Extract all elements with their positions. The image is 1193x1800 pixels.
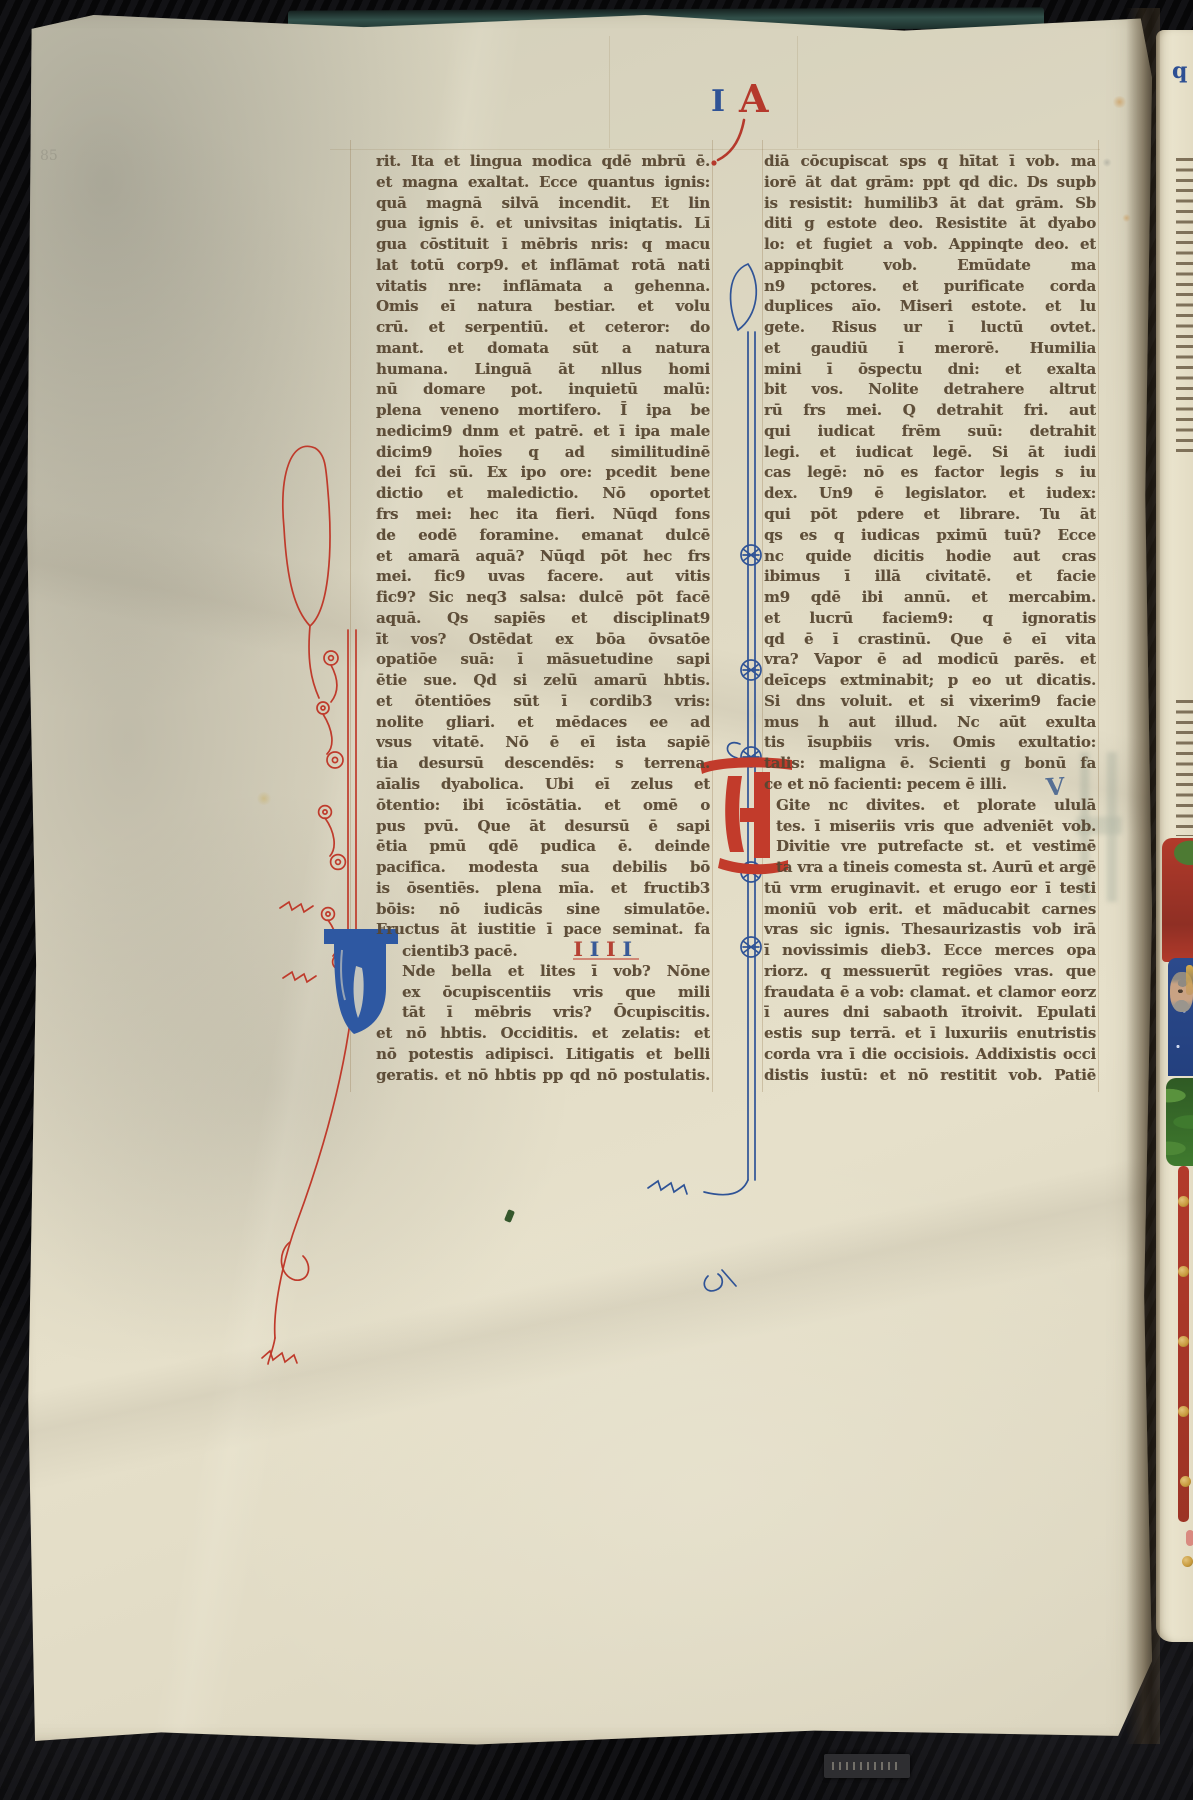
right-column-line: m9 qdē ibi annū. et mercabim. [764, 587, 1096, 608]
facing-page-text-sliver [1176, 158, 1193, 454]
manuscript-photo: { "manuscript": { "running_header": { "l… [0, 0, 1193, 1800]
parchment-stain [1112, 96, 1127, 108]
left-column-line: nedicim9 dnm et patrē. et ī ipa male [376, 421, 710, 442]
left-column-line: mei. fic9 uvas facere. aut vitis [376, 566, 710, 587]
left-column-line: Nde bella et lites ī vob? Nōne [376, 961, 710, 982]
right-column-line: diti g estote deo. Resistite āt dyabo [764, 213, 1096, 234]
left-column-line: is ōsentiēs. plena mīa. et fructib3 [376, 878, 710, 899]
right-column-line: ce et nō facienti: pecem ē illi. [764, 774, 1096, 795]
right-column-line: legi. et iudicat legē. Si āt iudi [764, 442, 1096, 463]
right-column-line: is resistit: humilib3 āt dat grām. Sb [764, 193, 1096, 214]
left-column-line: et nō hbtis. Occiditis. et zelatis: et [376, 1023, 710, 1044]
right-column-line: cas legē: nō es factor legis s iu [764, 462, 1096, 483]
left-column-line: lat totū corp9. et inflāmat rotā nati [376, 255, 710, 276]
gold-ball-ornament [1178, 1336, 1189, 1347]
left-column-line: tia desursū descendēs: s terrena. [376, 753, 710, 774]
right-column-line: lo: et fugiet a vob. Appinqte deo. et [764, 234, 1096, 255]
left-column-line: cientib3 pacē.IIII [376, 940, 710, 961]
right-column-line: qui iudicat frēm suū: detrahit [764, 421, 1096, 442]
left-column-line: humana. Linguā āt nllus homi [376, 359, 710, 380]
right-column-line: gete. Risus ur ī luctū ovtet. [764, 317, 1096, 338]
gold-ball-ornament [1182, 1556, 1193, 1567]
right-column-line: duplices aīo. Miseri estote. et lu [764, 296, 1096, 317]
right-column-line: mus h aut illud. Nc aūt exulta [764, 712, 1096, 733]
left-column-line: opatiōe suā: ī māsuetudine sapi [376, 649, 710, 670]
right-column-line: vras sic ignis. Thesaurizastis vob irā [764, 919, 1096, 940]
right-column-line: Gite nc divites. et plorate ululā [764, 795, 1096, 816]
right-column-line: n9 pctores. et purificate corda [764, 276, 1096, 297]
left-column-line: aquā. Qs sapiēs et disciplinat9 [376, 608, 710, 629]
left-column-line: fic9? Sic neq3 salsa: dulcē pōt facē [376, 587, 710, 608]
facing-page-letter-q: q [1172, 58, 1187, 84]
gutter-shadow [1126, 8, 1160, 1744]
left-column-line: dicim9 hoīes q ad similitudinē [376, 442, 710, 463]
facing-page-text-sliver [1176, 700, 1193, 836]
right-column-line: vra? Vapor ē ad modicū parēs. et [764, 649, 1096, 670]
right-column-line: diā cōcupiscat sps q hītat ī vob. ma [764, 151, 1096, 172]
left-column-line: dictio et maledictio. Nō oportet [376, 483, 710, 504]
right-column-line: tis īsupbiis vris. Omis exultatio: [764, 732, 1096, 753]
right-column-line: bit vos. Nolite detrahere altrut [764, 379, 1096, 400]
facing-page-palm-leaves [1166, 1078, 1193, 1166]
right-column-line: fraudata ē a vob: clamat. et clamor eorz [764, 982, 1096, 1003]
right-column-line: tes. ī miseriis vris que adveniēt vob. [764, 816, 1096, 837]
gold-ball-ornament [1178, 1406, 1189, 1417]
left-column-line: bōis: nō iudicās sine simulatōe. [376, 899, 710, 920]
left-column-line: ētia pmū qdē pudica ē. deinde [376, 836, 710, 857]
left-column-line: plena veneno mortifero. Ī ipa be [376, 400, 710, 421]
right-column-line: ī novissimis dieb3. Ecce merces opa [764, 940, 1096, 961]
left-column-line: Fructus āt iustitie ī pace seminat. fa [376, 919, 710, 940]
left-column-line: mant. et domata sūt a natura [376, 338, 710, 359]
left-column-line: tāt ī mēbris vris? Ōcupiscitis. [376, 1002, 710, 1023]
right-column-line: mini ī ōspectu dni: et exalta [764, 359, 1096, 380]
left-column-line: rit. Ita et lingua modica qdē mbrū ē. [376, 151, 710, 172]
parchment-stain [1102, 158, 1112, 167]
gold-ball-ornament [1180, 1476, 1191, 1487]
left-column-line: quā magnā silvā incendit. Et lin [376, 193, 710, 214]
chapter-iiii-numeral: IIII [573, 940, 638, 960]
right-column-line: qui pōt pdere et librare. Tu āt [764, 504, 1096, 525]
left-column-line: aīalis dyabolica. Ubi eī zelus et [376, 774, 710, 795]
left-column-line: gua cōstituit ī mēbris nris: q macu [376, 234, 710, 255]
header-a-tail-flourish [704, 94, 752, 172]
pink-ornament [1186, 1530, 1193, 1546]
left-column-line: nū domare pot. inquietū malū: [376, 379, 710, 400]
right-column-line: riorz. q messuerūt regiōes vras. que [764, 961, 1096, 982]
facing-page-gold-ornament [1186, 965, 1193, 995]
edge-label [824, 1754, 910, 1778]
right-column-line: deīceps extminabit; p eo ut dicatis. [764, 670, 1096, 691]
gold-ball-ornament [1178, 1196, 1189, 1207]
facing-page-illumination-arch [1162, 838, 1193, 962]
right-column-line: Si dns voluit. et si vixerim9 facie [764, 691, 1096, 712]
right-column-line: et lucrū faciem9: q ignoratis [764, 608, 1096, 629]
left-column-line: īt vos? Ostēdat ex bōa ōvsatōe [376, 629, 710, 650]
right-column-line: iorē āt dat grām: ppt qd dic. Ds supb [764, 172, 1096, 193]
left-column-line: dei fcī sū. Ex ipo ore: pcedit bene [376, 462, 710, 483]
left-column-line: nō potestis adipisci. Litigatis et belli [376, 1044, 710, 1065]
right-column-line: tū vrm eruginavit. et erugo eor ī testi [764, 878, 1096, 899]
text-column-left: rit. Ita et lingua modica qdē mbrū ē.et … [376, 151, 710, 1085]
right-column-line: moniū vob erit. et māducabit carnes [764, 899, 1096, 920]
left-column-line: et magna exaltat. Ecce quantus ignis: [376, 172, 710, 193]
left-column-line: gua ignis ē. et univsitas iniqtatis. Lī [376, 213, 710, 234]
right-column-line: qs es q iudicas pximū tuū? Ecce [764, 525, 1096, 546]
left-column-line: crū. et serpentiū. et ceteror: do [376, 317, 710, 338]
right-column-line: Divitie vre putrefacte st. et vestimē [764, 836, 1096, 857]
right-column-line: et gaudiū ī merorē. Humilia [764, 338, 1096, 359]
left-column-line: pacifica. modesta sua debilis bō [376, 857, 710, 878]
right-column-line: qd ē ī crastinū. Que ē eī vita [764, 629, 1096, 650]
left-column-line: pus pvū. Que āt desursū ē sapi [376, 816, 710, 837]
left-column-line: ex ōcupiscentiis vris que mili [376, 982, 710, 1003]
right-column-line: dex. Un9 ē legislator. et iudex: [764, 483, 1096, 504]
right-column-line: rū frs mei. Q detrahit fri. aut [764, 400, 1096, 421]
right-column-line: corda vra ī die occisiois. Addixistis oc… [764, 1044, 1096, 1065]
right-column-line: estis sup terrā. et ī luxuriis enutristi… [764, 1023, 1096, 1044]
left-column-line: ētie sue. Qd si zelū amarū hbtis. [376, 670, 710, 691]
right-column-line: nc quide dicitis hodie aut cras [764, 546, 1096, 567]
header-ruling-line-1 [609, 36, 610, 148]
left-column-line: ōtentio: ibi īcōstātia. et omē o [376, 795, 710, 816]
left-column-line: frs mei: hec ita fieri. Nūqd fons [376, 504, 710, 525]
left-column-line: nolite gliari. et mēdaces ee ad [376, 712, 710, 733]
left-column-line: vitatis nre: inflāmata a gehenna. [376, 276, 710, 297]
parchment-stain [1122, 214, 1131, 222]
left-column-line: et amarā aquā? Nūqd pōt hec frs [376, 546, 710, 567]
left-column-line: Omis eī natura bestiar. et volu [376, 296, 710, 317]
right-column-line: talis: maligna ē. Scienti g bonū fa [764, 753, 1096, 774]
text-column-right: diā cōcupiscat sps q hītat ī vob. maiorē… [764, 151, 1096, 1085]
right-column-line: ta vra a tineis comesta st. Aurū et argē [764, 857, 1096, 878]
right-column-line: appinqbit vob. Emūdate ma [764, 255, 1096, 276]
left-column-line: et ōtentiōes sūt ī cordib3 vris: [376, 691, 710, 712]
left-column-line: vsus vitatē. Nō ē eī ista sapiē [376, 732, 710, 753]
right-column-line: ī aures dni sabaoth ītroivit. Epulati [764, 1002, 1096, 1023]
gold-ball-ornament [1178, 1266, 1189, 1277]
folio-mark: 85 [40, 148, 58, 164]
left-column-line: de eodē foramine. emanat dulcē [376, 525, 710, 546]
header-ruling-line-2 [797, 36, 798, 148]
ruling-line-right-outer [1098, 140, 1099, 1092]
right-column-line: distis iustū: et nō restitit vob. Patiē [764, 1065, 1096, 1086]
left-column-line: geratis. et nō hbtis pp qd nō postulatis… [376, 1065, 710, 1086]
right-column-line: ibimus ī illā civitatē. et facie [764, 566, 1096, 587]
